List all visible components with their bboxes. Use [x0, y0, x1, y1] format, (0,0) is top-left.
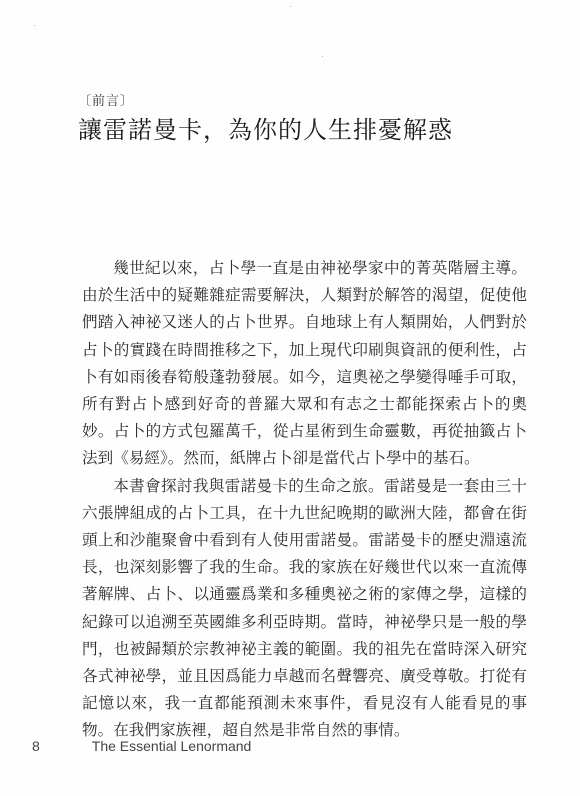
- paragraph-2: 本書會探討我與雷諾曼卡的生命之旅。雷諾曼是一套由三十六張牌組成的占卜工具，在十九…: [82, 473, 527, 745]
- book-title: The Essential Lenormand: [92, 738, 252, 754]
- page-footer: 8 The Essential Lenormand: [32, 738, 251, 754]
- page-number: 8: [32, 738, 40, 754]
- body-text: 幾世紀以來，占卜學一直是由神祕學家中的菁英階層主導。由於生活中的疑難雜症需要解決…: [82, 255, 527, 745]
- section-label: 〔前言〕: [78, 90, 134, 109]
- page-title: 讓雷諾曼卡，為你的人生排憂解惑: [78, 110, 453, 145]
- paragraph-1: 幾世紀以來，占卜學一直是由神祕學家中的菁英階層主導。由於生活中的疑難雜症需要解決…: [82, 255, 527, 473]
